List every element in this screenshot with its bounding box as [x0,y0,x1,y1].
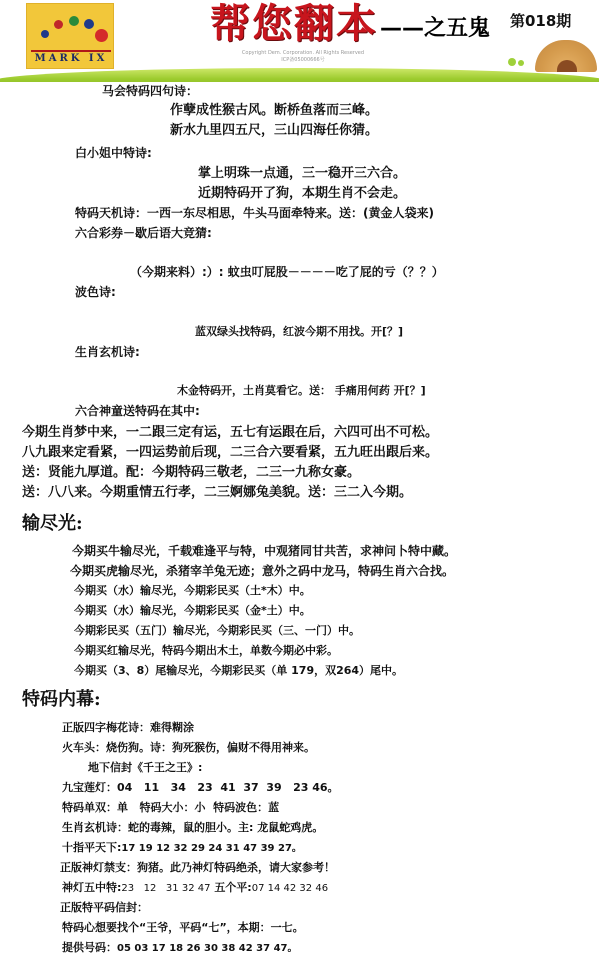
tianji-poem: 特码天机诗：一西一东尽相思，牛头马面牵特来。送：(黄金人袋来) [75,205,434,222]
lamp-label: 神灯五中特: [62,881,121,894]
envelope-title: 地下信封《千王之王》: [88,760,202,776]
five-flat-label: 五个平: [214,881,251,894]
wave-poem-label: 波色诗: [75,284,116,301]
flat-envelope: 正版特平码信封： [60,900,148,916]
lotus-label: 九宝莲灯： [62,781,117,794]
copyright-line: ICP备05000666号 [203,57,403,64]
lose-all-line: 今期买（水）输尽光，今期彩民买（土*木）中。 [74,583,311,599]
train-head: 火车头：烧伤狗。诗：狗死猴伤，偏财不得用神来。 [62,740,315,756]
shentong-line: 今期生肖梦中来，一二跟三定有运，五七有运跟在后，六四可出不可松。 [22,424,438,442]
five-flat-numbers: 07 14 42 32 46 [252,883,328,894]
macau-poem-line: 新水九里四五尺，三山四海任你猜。 [170,122,378,140]
macau-poem-line: 作孽成性猴古风。断桥鱼落而三峰。 [170,102,378,120]
xiehouyu-label: 六合彩券－歇后语大竞猜: [75,225,212,242]
header-banner: MARK IX Copyright Dem. Corporation. All … [0,0,599,82]
shentong-line: 送：八八来。今期重情五行孝，二三婀娜兔美貌。送：三二入今期。 [22,484,412,502]
bush-icon [508,58,516,66]
ten-fingers: 十指平天下:17 19 12 32 29 24 31 47 39 27。 [62,840,302,857]
lose-all-line: 今期买（3、8）尾输尽光，今期彩民买（单 179，双264）尾中。 [74,663,403,679]
odd-even-info: 特码单双：单 特码大小：小 特码波色：蓝 [62,800,279,816]
shentong-line: 送：贤能九厚道。配：今期特码三敬老，二三一九称女豪。 [22,464,360,482]
logo-dot-icon [69,16,79,26]
xiehouyu-line: （今期来料）:）: 蚊虫叮屁股－－－－吃了屁的亏（？？） [130,264,444,281]
lamp-numbers: 23 12 31 32 47 [121,883,210,894]
lose-all-line: 今期彩民买（五门）输尽光，今期彩民买（三、一门）中。 [74,623,360,639]
miss-bai-line: 掌上明珠一点通，三一稳开三六合。 [198,165,406,183]
zodiac-mystery-poem: 生肖玄机诗：蛇的毒辣，鼠的胆小。主: 龙鼠蛇鸡虎。 [62,820,323,836]
lose-all-heading: 输尽光: [22,512,83,536]
logo-text: MARK IX [31,50,111,64]
hint-line: 特码心想要找个“王爷，平码“七”，本期：一七。 [62,920,304,936]
door-icon [557,60,577,72]
shentong-line: 八九跟来定看紧，一四运势前后现，二三合六要看紧，五九旺出跟后来。 [22,444,438,462]
logo-dot-icon [54,20,63,29]
lotus-lamp: 九宝莲灯：04 11 34 23 41 37 39 23 46。 [62,780,339,796]
lotus-numbers: 04 11 34 23 41 37 39 23 46。 [117,781,339,794]
lose-all-line: 今期买（水）输尽光，今期彩民买（金*土）中。 [74,603,311,619]
shentong-label: 六合神童送特码在其中: [75,403,200,420]
zodiac-poem-line: 木金特码开，土肖莫看它。送： 手痛用何药 开[？] [177,383,426,399]
provided-numbers: 提供号码：05 03 17 18 26 30 38 42 37 47。 [62,940,298,957]
provide-numbers: 05 03 17 18 26 30 38 42 37 47。 [117,943,298,954]
green-hill-decoration [0,68,599,82]
lose-all-line: 今期买牛输尽光，千载难逢平与特，中观猪同甘共苦，求神问卜特中藏。 [72,543,456,560]
logo: MARK IX [26,3,114,69]
lamp-picks: 神灯五中特:23 12 31 32 47 五个平:07 14 42 32 46 [62,880,328,897]
page-subtitle: ——之五鬼 [380,14,490,44]
copyright-line: Copyright Dem. Corporation. All Rights R… [203,50,403,57]
logo-dot-icon [41,30,49,38]
issue-number: 第018期 [510,10,571,31]
bush-icon [518,60,524,66]
page-title: 帮您翻本 [210,0,378,48]
wave-poem-line: 蓝双绿头找特码，红波今期不用找。开[？] [195,324,403,340]
plum-poem: 正版四字梅花诗：难得糊涂 [62,720,194,736]
cartoon-house-icon [535,40,597,72]
macau-poem-label: 马会特码四句诗： [102,83,198,100]
miss-bai-line: 近期特码开了狗，本期生肖不会走。 [198,185,406,203]
logo-dot-icon [84,19,94,29]
ten-fingers-numbers: 17 19 12 32 29 24 31 47 39 27。 [121,843,302,854]
lose-all-line: 今期买虎输尽光，杀猪宰羊兔无迹；意外之码中龙马，特码生肖六合找。 [70,563,454,580]
zodiac-poem-label: 生肖玄机诗: [75,344,140,361]
logo-dot-icon [95,29,108,42]
provide-label: 提供号码： [62,941,117,954]
copyright: Copyright Dem. Corporation. All Rights R… [203,50,403,64]
inside-heading: 特码内幕: [22,688,101,712]
forbidden-zodiac: 正版神灯禁支：狗猪。此乃神灯特码绝杀，请大家参考！ [60,860,335,876]
miss-bai-label: 白小姐中特诗: [75,145,152,162]
lose-all-line: 今期买红输尽光，特码今期出木土，单数今期必中彩。 [74,643,338,659]
ten-fingers-label: 十指平天下: [62,841,121,854]
